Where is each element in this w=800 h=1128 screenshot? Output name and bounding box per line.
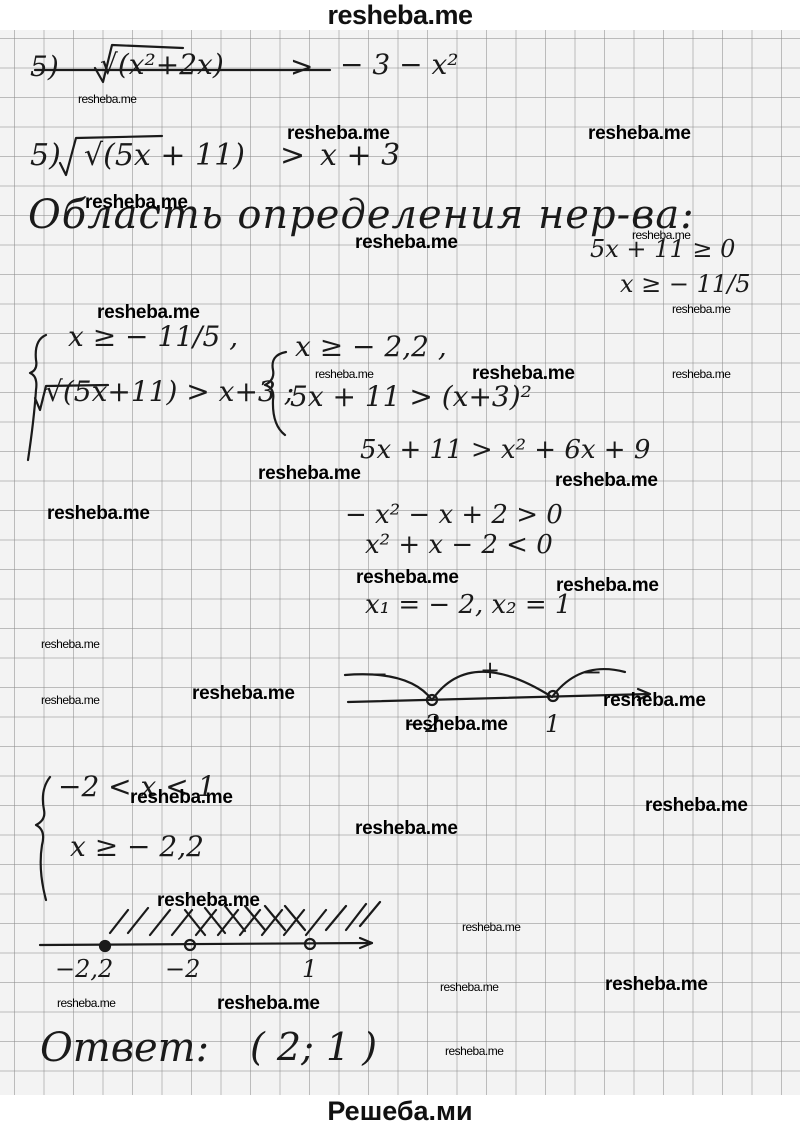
watermark: resheba.me [588,123,691,145]
watermark: resheba.me [85,192,188,214]
sign-left: − [368,660,388,688]
line-point-2: −2 [165,955,200,983]
watermark: resheba.me [130,787,233,809]
sign-middle: + [480,656,500,684]
watermark: resheba.me [47,503,150,525]
watermark: resheba.me [672,367,730,381]
watermark: resheba.me [440,980,498,994]
site-header: resheba.me [0,0,800,30]
watermark: resheba.me [605,974,708,996]
step-4: x₁ = − 2, x₂ = 1 [365,590,571,620]
watermark: resheba.me [445,1044,503,1058]
watermark: resheba.me [603,690,706,712]
watermark: resheba.me [632,228,690,242]
watermark: resheba.me [405,714,508,736]
watermark: resheba.me [355,232,458,254]
site-name: resheba.me [327,0,472,30]
answer-label: Ответ: [40,1025,209,1071]
site-name-ru: Решеба.ми [327,1096,472,1126]
answer-value: ( 2; 1 ) [250,1025,377,1069]
watermark: resheba.me [41,693,99,707]
watermark: resheba.me [672,302,730,316]
system1-row1: x ≥ − 11/5 , [68,320,238,353]
line-point-1: −2,2 [55,955,113,983]
watermark: resheba.me [57,996,115,1010]
step-3: x² + x − 2 < 0 [365,530,553,560]
domain-line-2: x ≥ − 11/5 [620,270,751,298]
watermark: resheba.me [258,463,361,485]
struck-problem-lhs: √(x²+2x) [100,48,224,81]
watermark: resheba.me [356,567,459,589]
watermark: resheba.me [78,92,136,106]
watermark: resheba.me [41,637,99,651]
number-line-axis [40,943,372,945]
sign-right: − [582,658,602,686]
problem-lhs: √(5x + 11) [84,138,245,173]
system1-row2: √(5x+11) > x+3 ; [45,375,294,408]
handwriting-strokes [0,30,800,1095]
watermark: resheba.me [192,683,295,705]
system3-row2: x ≥ − 2,2 [70,830,204,863]
struck-problem-rel: > [290,50,313,83]
line-point-3: 1 [302,955,317,983]
brace [36,777,50,900]
step-1: 5x + 11 > x² + 6x + 9 [360,435,650,465]
watermark: resheba.me [315,367,373,381]
problem-number: 5) [30,138,61,173]
watermark: resheba.me [555,470,658,492]
watermark: resheba.me [355,818,458,840]
watermark: resheba.me [472,363,575,385]
system2-row1: x ≥ − 2,2 , [295,330,447,363]
watermark: resheba.me [157,890,260,912]
watermark: resheba.me [462,920,520,934]
notebook-page: 5) √(x²+2x) > − 3 − x² 5) √(5x + 11) > x… [0,30,800,1095]
watermark: resheba.me [556,575,659,597]
site-footer: Решеба.ми [0,1095,800,1128]
sign-point-2: 1 [545,710,560,738]
watermark: resheba.me [645,795,748,817]
watermark: resheba.me [287,123,390,145]
struck-problem-rhs: − 3 − x² [340,48,458,81]
watermark: resheba.me [217,993,320,1015]
step-2: − x² − x + 2 > 0 [345,500,563,530]
watermark: resheba.me [97,302,200,324]
struck-problem-number: 5) [30,50,59,83]
